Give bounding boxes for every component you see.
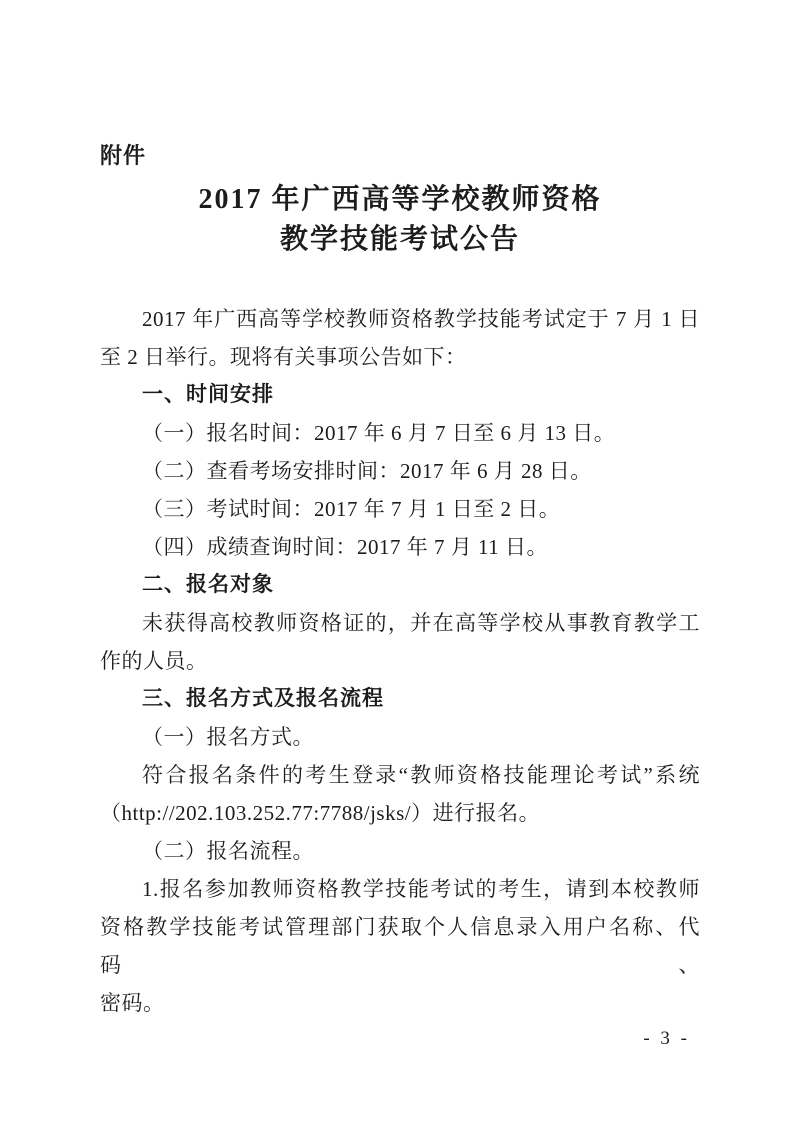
- registration-process-line-3: 密码。: [100, 984, 700, 1022]
- registration-method-url-line: （http://202.103.252.77:7788/jsks/）进行报名。: [100, 794, 700, 832]
- registration-time-item: （一）报名时间：2017 年 6 月 7 日至 6 月 13 日。: [100, 414, 700, 452]
- document-page: 附件 2017 年广西高等学校教师资格 教学技能考试公告 2017 年广西高等学…: [0, 0, 793, 1122]
- registration-process-subheading: （二）报名流程。: [100, 832, 700, 870]
- section-heading-registration-method: 三、报名方式及报名流程: [100, 680, 700, 718]
- exam-room-check-time-item: （二）查看考场安排时间：2017 年 6 月 28 日。: [100, 452, 700, 490]
- registration-process-line-2: 资格教学技能考试管理部门获取个人信息录入用户名称、代码、: [100, 908, 700, 984]
- document-title-line-2: 教学技能考试公告: [100, 220, 700, 260]
- document-title: 2017 年广西高等学校教师资格 教学技能考试公告: [100, 180, 700, 260]
- registration-target-line-1: 未获得高校教师资格证的，并在高等学校从事教育教学工: [100, 604, 700, 642]
- document-content: 附件 2017 年广西高等学校教师资格 教学技能考试公告 2017 年广西高等学…: [100, 140, 700, 1050]
- registration-target-line-2: 作的人员。: [100, 642, 700, 680]
- section-heading-time-schedule: 一、时间安排: [100, 376, 700, 414]
- attachment-label: 附件: [100, 140, 700, 172]
- page-number: - 3 -: [100, 1028, 700, 1050]
- document-body: 2017 年广西高等学校教师资格教学技能考试定于 7 月 1 日 至 2 日举行…: [100, 300, 700, 1022]
- registration-process-line-1: 1.报名参加教师资格教学技能考试的考生，请到本校教师: [100, 870, 700, 908]
- registration-method-subheading: （一）报名方式。: [100, 718, 700, 756]
- registration-method-line-1: 符合报名条件的考生登录“教师资格技能理论考试”系统: [100, 756, 700, 794]
- exam-time-item: （三）考试时间：2017 年 7 月 1 日至 2 日。: [100, 490, 700, 528]
- intro-line-1: 2017 年广西高等学校教师资格教学技能考试定于 7 月 1 日: [100, 300, 700, 338]
- score-query-time-item: （四）成绩查询时间：2017 年 7 月 11 日。: [100, 528, 700, 566]
- document-title-line-1: 2017 年广西高等学校教师资格: [100, 180, 700, 220]
- intro-line-2: 至 2 日举行。现将有关事项公告如下：: [100, 338, 700, 376]
- section-heading-registration-target: 二、报名对象: [100, 566, 700, 604]
